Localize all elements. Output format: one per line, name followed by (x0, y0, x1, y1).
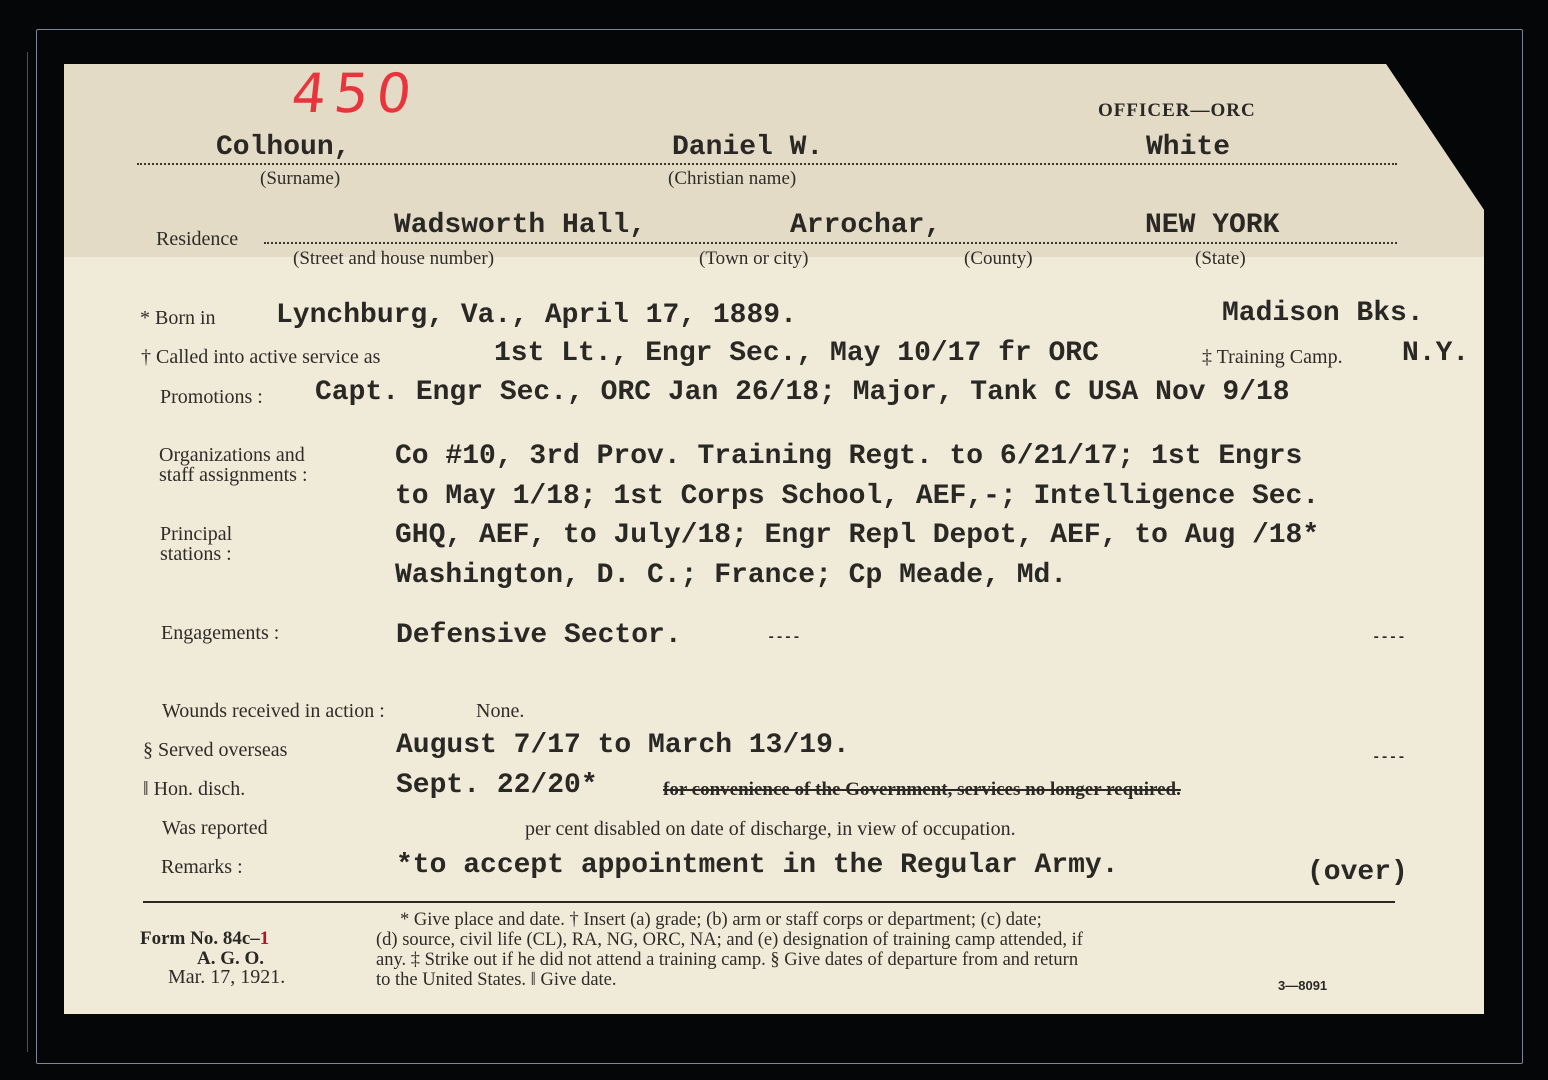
footer-rule (143, 901, 1395, 903)
training-camp-value: N.Y. (1402, 338, 1469, 369)
form-number-handwritten-mark: 1 (260, 928, 270, 949)
organizations-line: GHQ, AEF, to July/18; Engr Repl Depot, A… (395, 516, 1319, 556)
promotions-value: Capt. Engr Sec., ORC Jan 26/18; Major, T… (315, 377, 1290, 408)
organizations-label-line1: Organizations and (159, 445, 308, 465)
born-in-label: * Born in (140, 307, 216, 330)
town-label: (Town or city) (699, 248, 808, 270)
engagements-label: Engagements : (161, 622, 279, 645)
organizations-label: Organizations and staff assignments : (159, 445, 308, 485)
organizations-label-line2: staff assignments : (159, 465, 308, 485)
served-overseas-value: August 7/17 to March 13/19. (396, 730, 850, 761)
called-into-service-label: † Called into active service as (141, 346, 380, 369)
form-number-text: Form No. 84c– (140, 928, 260, 949)
christian-name-label: (Christian name) (668, 168, 796, 190)
principal-stations-label: Principal stations : (160, 524, 232, 564)
called-into-service-value: 1st Lt., Engr Sec., May 10/17 fr ORC (494, 338, 1099, 369)
hon-disch-label: ‖ Hon. disch. (143, 778, 245, 801)
was-reported-label: Was reported (162, 817, 268, 840)
residence-dotted-line (264, 242, 1397, 244)
remarks-value: *to accept appointment in the Regular Ar… (396, 850, 1119, 881)
principal-stations-label-line2: stations : (160, 544, 232, 564)
state-label: (State) (1195, 248, 1246, 270)
form-date: Mar. 17, 1921. (168, 966, 285, 989)
town-value: Arrochar, (790, 210, 941, 241)
print-code: 3—8091 (1278, 978, 1327, 993)
footer-note-line: any. ‡ Strike out if he did not attend a… (376, 950, 1400, 970)
served-overseas-label: § Served overseas (143, 739, 287, 762)
organizations-line: Washington, D. C.; France; Cp Meade, Md. (395, 556, 1319, 596)
organizations-line: Co #10, 3rd Prov. Training Regt. to 6/21… (395, 437, 1319, 477)
hon-disch-value: Sept. 22/20* (396, 770, 598, 801)
wounds-label: Wounds received in action : (162, 700, 385, 723)
engagements-value: Defensive Sector. (396, 620, 682, 651)
served-overseas-dash: ---- (1372, 750, 1406, 766)
was-reported-value: per cent disabled on date of discharge, … (525, 818, 1016, 841)
footer-note-line: * Give place and date. † Insert (a) grad… (376, 910, 1400, 930)
sleeve-edge (27, 52, 28, 1052)
footer-note-line: to the United States. ‖ Give date. (376, 970, 1400, 990)
form-number: Form No. 84c–1 (140, 928, 269, 950)
category-header: OFFICER—ORC (1098, 100, 1256, 122)
handwritten-card-number: 450 (289, 62, 423, 125)
promotions-label: Promotions : (160, 386, 263, 409)
street-label: (Street and house number) (293, 248, 494, 270)
name-dotted-line (137, 163, 1397, 165)
residence-label: Residence (156, 228, 238, 251)
christian-name-value: Daniel W. (672, 132, 823, 163)
race-value: White (1146, 132, 1230, 163)
born-in-value: Lynchburg, Va., April 17, 1889. (276, 300, 797, 331)
surname-label: (Surname) (260, 168, 340, 190)
engagements-dash: ---- (767, 630, 801, 646)
training-camp-label: ‡ Training Camp. (1202, 346, 1343, 369)
county-label: (County) (964, 248, 1033, 270)
principal-stations-label-line1: Principal (160, 524, 232, 544)
surname-value: Colhoun, (216, 132, 350, 163)
engagements-dash-right: ---- (1372, 630, 1406, 646)
training-camp-place: Madison Bks. (1222, 298, 1424, 329)
street-value: Wadsworth Hall, (394, 210, 646, 241)
organizations-line: to May 1/18; 1st Corps School, AEF,-; In… (395, 477, 1319, 517)
footer-notes: * Give place and date. † Insert (a) grad… (376, 910, 1400, 990)
hon-disch-struck-text: for convenience of the Government, servi… (663, 779, 1181, 801)
organizations-value: Co #10, 3rd Prov. Training Regt. to 6/21… (395, 437, 1319, 595)
wounds-value: None. (476, 700, 524, 723)
state-value: NEW YORK (1145, 210, 1279, 241)
remarks-label: Remarks : (161, 856, 243, 879)
footer-note-line: (d) source, civil life (CL), RA, NG, ORC… (376, 930, 1400, 950)
over-note: (over) (1307, 857, 1408, 888)
